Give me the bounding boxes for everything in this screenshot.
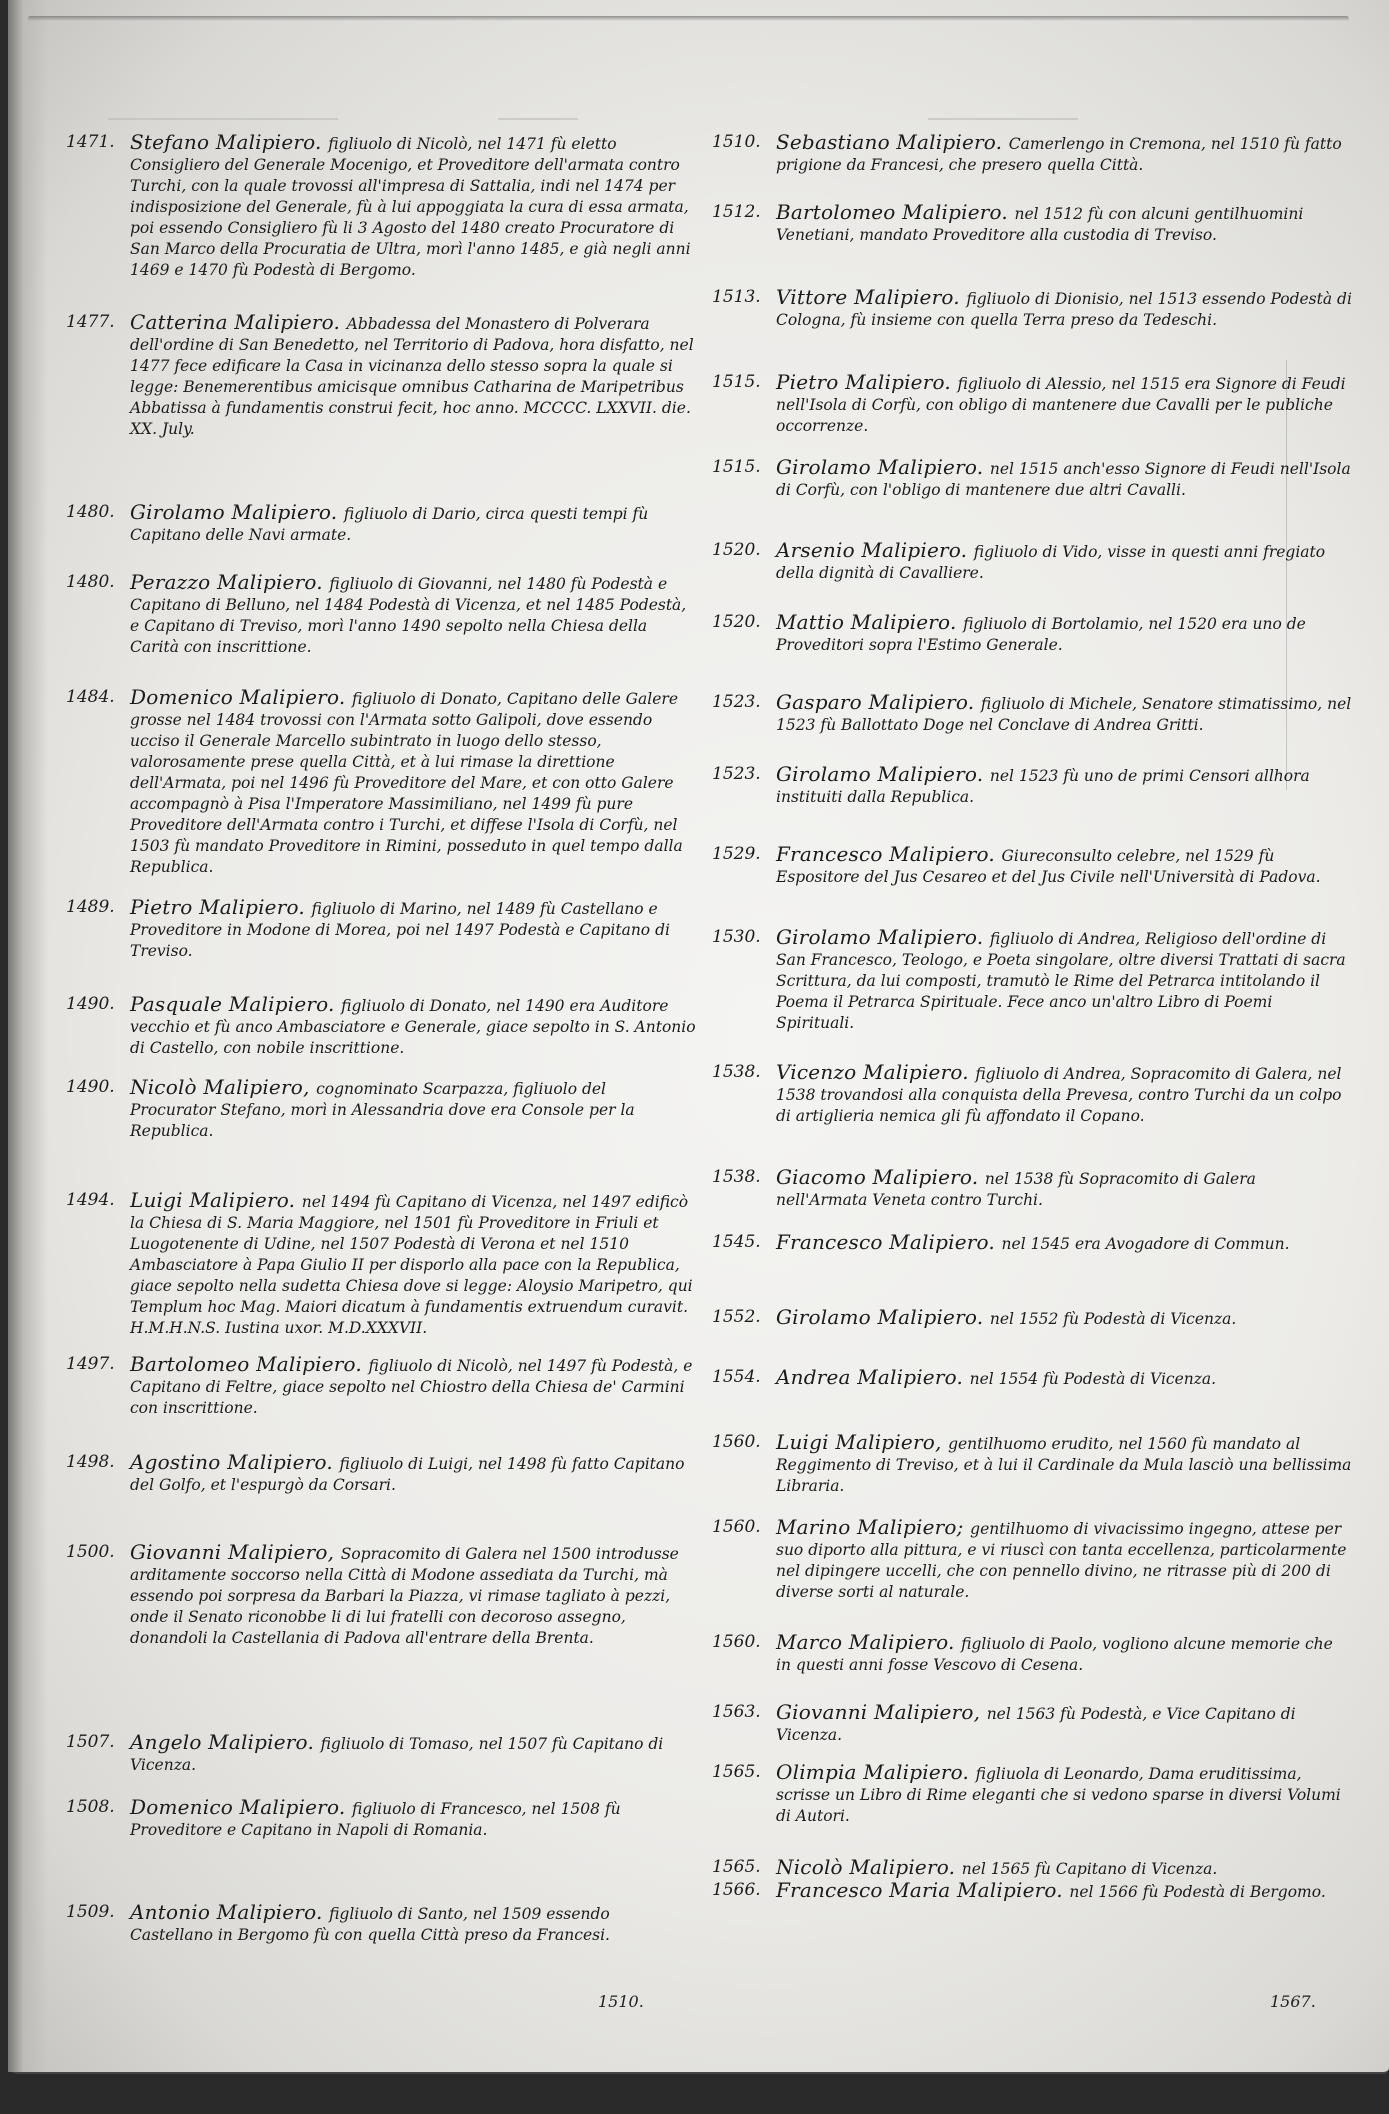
- entry-text: figliuolo di Nicolò, nel 1471 fù eletto …: [130, 135, 691, 279]
- catchword-left: 1510.: [598, 1992, 644, 2011]
- entry-year: 1490.: [66, 1077, 128, 1098]
- entry-body: Girolamo Malipiero. nel 1552 fù Podestà …: [776, 1307, 1352, 1330]
- entry-body: Antonio Malipiero. figliuolo di Santo, n…: [130, 1902, 696, 1946]
- faint-ruling: [928, 118, 1078, 120]
- entry-name: Pietro Malipiero.: [130, 895, 311, 919]
- entry-1498: 1498. Agostino Malipiero. figliuolo di L…: [66, 1452, 696, 1496]
- entry-name: Domenico Malipiero.: [130, 1795, 352, 1819]
- entry-1552: 1552. Girolamo Malipiero. nel 1552 fù Po…: [712, 1307, 1352, 1330]
- faint-ruling: [108, 118, 338, 120]
- entry-1538: 1538. Vicenzo Malipiero. figliuolo di An…: [712, 1062, 1352, 1127]
- entry-name: Bartolomeo Malipiero.: [130, 1352, 369, 1376]
- entry-name: Gasparo Malipiero.: [776, 690, 981, 714]
- entry-1523: 1523. Gasparo Malipiero. figliuolo di Mi…: [712, 692, 1352, 736]
- entry-text: figliuolo di Donato, Capitano delle Gale…: [130, 690, 683, 876]
- entry-year: 1490.: [66, 994, 128, 1015]
- entry-year: 1512.: [712, 202, 774, 223]
- entry-name: Francesco Malipiero.: [776, 842, 1002, 866]
- entry-text: nel 1552 fù Podestà di Vicenza.: [990, 1310, 1237, 1328]
- entry-1508: 1508. Domenico Malipiero. figliuolo di F…: [66, 1797, 696, 1841]
- entry-1480: 1480. Girolamo Malipiero. figliuolo di D…: [66, 502, 696, 546]
- entry-name: Andrea Malipiero.: [776, 1365, 970, 1389]
- entry-body: Luigi Malipiero. nel 1494 fù Capitano di…: [130, 1190, 696, 1339]
- entry-text: nel 1545 era Avogadore di Commun.: [1002, 1235, 1290, 1253]
- entry-1515: 1515. Girolamo Malipiero. nel 1515 anch'…: [712, 457, 1352, 501]
- entry-name: Girolamo Malipiero.: [776, 762, 990, 786]
- entry-name: Girolamo Malipiero.: [776, 455, 990, 479]
- entry-1529: 1529. Francesco Malipiero. Giureconsulto…: [712, 844, 1352, 888]
- entry-name: Sebastiano Malipiero.: [776, 130, 1009, 154]
- entry-name: Marco Malipiero.: [776, 1630, 961, 1654]
- entry-name: Vittore Malipiero.: [776, 285, 966, 309]
- entry-body: Catterina Malipiero. Abbadessa del Monas…: [130, 312, 696, 440]
- entry-1489: 1489. Pietro Malipiero. figliuolo di Mar…: [66, 897, 696, 962]
- entry-year: 1538.: [712, 1167, 774, 1188]
- entry-body: Giacomo Malipiero. nel 1538 fù Sopracomi…: [776, 1167, 1352, 1211]
- entry-body: Luigi Malipiero, gentilhuomo erudito, ne…: [776, 1432, 1352, 1497]
- entry-body: Domenico Malipiero. figliuolo di Donato,…: [130, 687, 696, 878]
- entry-body: Gasparo Malipiero. figliuolo di Michele,…: [776, 692, 1352, 736]
- entry-name: Giovanni Malipiero,: [130, 1540, 341, 1564]
- entry-body: Girolamo Malipiero. nel 1515 anch'esso S…: [776, 457, 1352, 501]
- entry-1554: 1554. Andrea Malipiero. nel 1554 fù Pode…: [712, 1367, 1352, 1390]
- faint-ruling: [498, 118, 578, 120]
- entry-year: 1515.: [712, 372, 774, 393]
- entry-1484: 1484. Domenico Malipiero. figliuolo di D…: [66, 687, 696, 878]
- entry-1490: 1490. Nicolò Malipiero, cognominato Scar…: [66, 1077, 696, 1142]
- entry-text: nel 1566 fù Podestà di Bergomo.: [1069, 1883, 1325, 1901]
- entry-year: 1510.: [712, 132, 774, 153]
- entry-1497: 1497. Bartolomeo Malipiero. figliuolo di…: [66, 1354, 696, 1419]
- entry-1477: 1477. Catterina Malipiero. Abbadessa del…: [66, 312, 696, 440]
- entry-text: nel 1554 fù Podestà di Vicenza.: [970, 1370, 1217, 1388]
- entry-1563: 1563. Giovanni Malipiero, nel 1563 fù Po…: [712, 1702, 1352, 1746]
- entry-year: 1563.: [712, 1702, 774, 1723]
- entry-1545: 1545. Francesco Malipiero. nel 1545 era …: [712, 1232, 1352, 1255]
- entry-name: Angelo Malipiero.: [130, 1730, 321, 1754]
- entry-body: Domenico Malipiero. figliuolo di Frances…: [130, 1797, 696, 1841]
- entry-year: 1498.: [66, 1452, 128, 1473]
- entry-body: Francesco Malipiero. nel 1545 era Avogad…: [776, 1232, 1352, 1255]
- entry-name: Catterina Malipiero.: [130, 310, 347, 334]
- entry-body: Pietro Malipiero. figliuolo di Marino, n…: [130, 897, 696, 962]
- entry-1513: 1513. Vittore Malipiero. figliuolo di Di…: [712, 287, 1352, 331]
- entry-body: Pasquale Malipiero. figliuolo di Donato,…: [130, 994, 696, 1059]
- entry-year: 1560.: [712, 1432, 774, 1453]
- entry-name: Bartolomeo Malipiero.: [776, 200, 1015, 224]
- entry-1509: 1509. Antonio Malipiero. figliuolo di Sa…: [66, 1902, 696, 1946]
- catchword-right: 1567.: [1270, 1992, 1316, 2011]
- entry-1520: 1520. Mattio Malipiero. figliuolo di Bor…: [712, 612, 1352, 656]
- entry-1510: 1510. Sebastiano Malipiero. Camerlengo i…: [712, 132, 1352, 176]
- entry-year: 1484.: [66, 687, 128, 708]
- entry-year: 1554.: [712, 1367, 774, 1388]
- entry-1480: 1480. Perazzo Malipiero. figliuolo di Gi…: [66, 572, 696, 658]
- entry-1566: 1566. Francesco Maria Malipiero. nel 156…: [712, 1880, 1352, 1903]
- entry-body: Arsenio Malipiero. figliuolo di Vido, vi…: [776, 540, 1352, 584]
- entry-1490: 1490. Pasquale Malipiero. figliuolo di D…: [66, 994, 696, 1059]
- entry-year: 1480.: [66, 502, 128, 523]
- entry-body: Marco Malipiero. figliuolo di Paolo, vog…: [776, 1632, 1352, 1676]
- entry-body: Vicenzo Malipiero. figliuolo di Andrea, …: [776, 1062, 1352, 1127]
- entry-year: 1509.: [66, 1902, 128, 1923]
- entry-body: Pietro Malipiero. figliuolo di Alessio, …: [776, 372, 1352, 437]
- manuscript-page: 1471. Stefano Malipiero. figliuolo di Ni…: [8, 0, 1389, 2074]
- entry-body: Vittore Malipiero. figliuolo di Dionisio…: [776, 287, 1352, 331]
- entry-body: Perazzo Malipiero. figliuolo di Giovanni…: [130, 572, 696, 658]
- entry-year: 1494.: [66, 1190, 128, 1211]
- entry-year: 1520.: [712, 612, 774, 633]
- entry-year: 1520.: [712, 540, 774, 561]
- entry-1520: 1520. Arsenio Malipiero. figliuolo di Vi…: [712, 540, 1352, 584]
- entry-1530: 1530. Girolamo Malipiero. figliuolo di A…: [712, 927, 1352, 1034]
- entry-year: 1507.: [66, 1732, 128, 1753]
- entry-body: Angelo Malipiero. figliuolo di Tomaso, n…: [130, 1732, 696, 1776]
- entry-name: Marino Malipiero;: [776, 1515, 970, 1539]
- entry-body: Sebastiano Malipiero. Camerlengo in Crem…: [776, 132, 1352, 176]
- entry-year: 1530.: [712, 927, 774, 948]
- entry-name: Giacomo Malipiero.: [776, 1165, 985, 1189]
- entry-name: Girolamo Malipiero.: [776, 925, 990, 949]
- entry-year: 1565.: [712, 1857, 774, 1878]
- entry-year: 1515.: [712, 457, 774, 478]
- entry-name: Agostino Malipiero.: [130, 1450, 339, 1474]
- entry-name: Olimpia Malipiero.: [776, 1760, 976, 1784]
- entry-1471: 1471. Stefano Malipiero. figliuolo di Ni…: [66, 132, 696, 281]
- entry-1565: 1565. Nicolò Malipiero. nel 1565 fù Capi…: [712, 1857, 1352, 1880]
- entry-year: 1566.: [712, 1880, 774, 1901]
- entry-body: Girolamo Malipiero. figliuolo di Andrea,…: [776, 927, 1352, 1034]
- entry-year: 1523.: [712, 764, 774, 785]
- entry-1560: 1560. Marco Malipiero. figliuolo di Paol…: [712, 1632, 1352, 1676]
- entry-1507: 1507. Angelo Malipiero. figliuolo di Tom…: [66, 1732, 696, 1776]
- entry-name: Pietro Malipiero.: [776, 370, 957, 394]
- entry-year: 1560.: [712, 1632, 774, 1653]
- entry-1523: 1523. Girolamo Malipiero. nel 1523 fù un…: [712, 764, 1352, 808]
- entry-body: Andrea Malipiero. nel 1554 fù Podestà di…: [776, 1367, 1352, 1390]
- entry-body: Bartolomeo Malipiero. figliuolo di Nicol…: [130, 1354, 696, 1419]
- entry-body: Francesco Malipiero. Giureconsulto celeb…: [776, 844, 1352, 888]
- entry-year: 1560.: [712, 1517, 774, 1538]
- entry-year: 1529.: [712, 844, 774, 865]
- entry-name: Giovanni Malipiero,: [776, 1700, 987, 1724]
- entry-body: Nicolò Malipiero, cognominato Scarpazza,…: [130, 1077, 696, 1142]
- entry-body: Olimpia Malipiero. figliuola di Leonardo…: [776, 1762, 1352, 1827]
- entry-year: 1538.: [712, 1062, 774, 1083]
- page-fold-shadow: [28, 16, 1349, 21]
- entry-body: Girolamo Malipiero. figliuolo di Dario, …: [130, 502, 696, 546]
- entry-text: nel 1565 fù Capitano di Vicenza.: [962, 1860, 1218, 1878]
- entry-year: 1480.: [66, 572, 128, 593]
- entry-year: 1489.: [66, 897, 128, 918]
- entry-name: Francesco Maria Malipiero.: [776, 1878, 1069, 1902]
- entry-year: 1523.: [712, 692, 774, 713]
- entry-name: Pasquale Malipiero.: [130, 992, 341, 1016]
- entry-name: Vicenzo Malipiero.: [776, 1060, 975, 1084]
- entry-1494: 1494. Luigi Malipiero. nel 1494 fù Capit…: [66, 1190, 696, 1339]
- entry-body: Mattio Malipiero. figliuolo di Bortolami…: [776, 612, 1352, 656]
- entry-1560: 1560. Marino Malipiero; gentilhuomo di v…: [712, 1517, 1352, 1603]
- entry-name: Antonio Malipiero.: [130, 1900, 329, 1924]
- entry-name: Domenico Malipiero.: [130, 685, 352, 709]
- entry-body: Francesco Maria Malipiero. nel 1566 fù P…: [776, 1880, 1352, 1903]
- entry-year: 1513.: [712, 287, 774, 308]
- entry-name: Nicolò Malipiero,: [130, 1075, 316, 1099]
- entry-1538: 1538. Giacomo Malipiero. nel 1538 fù Sop…: [712, 1167, 1352, 1211]
- entry-body: Marino Malipiero; gentilhuomo di vivacis…: [776, 1517, 1352, 1603]
- entry-1560: 1560. Luigi Malipiero, gentilhuomo erudi…: [712, 1432, 1352, 1497]
- entry-year: 1471.: [66, 132, 128, 153]
- entry-year: 1500.: [66, 1542, 128, 1563]
- entry-name: Arsenio Malipiero.: [776, 538, 974, 562]
- entry-text: nel 1494 fù Capitano di Vicenza, nel 149…: [130, 1193, 693, 1337]
- entry-body: Giovanni Malipiero, nel 1563 fù Podestà,…: [776, 1702, 1352, 1746]
- entry-name: Luigi Malipiero,: [776, 1430, 948, 1454]
- entry-body: Bartolomeo Malipiero. nel 1512 fù con al…: [776, 202, 1352, 246]
- entry-year: 1552.: [712, 1307, 774, 1328]
- entry-1565: 1565. Olimpia Malipiero. figliuola di Le…: [712, 1762, 1352, 1827]
- entry-body: Nicolò Malipiero. nel 1565 fù Capitano d…: [776, 1857, 1352, 1880]
- entry-name: Girolamo Malipiero.: [130, 500, 344, 524]
- entry-name: Nicolò Malipiero.: [776, 1855, 962, 1879]
- entry-body: Stefano Malipiero. figliuolo di Nicolò, …: [130, 132, 696, 281]
- entry-year: 1565.: [712, 1762, 774, 1783]
- entry-body: Agostino Malipiero. figliuolo di Luigi, …: [130, 1452, 696, 1496]
- entry-1515: 1515. Pietro Malipiero. figliuolo di Ale…: [712, 372, 1352, 437]
- entry-1500: 1500. Giovanni Malipiero, Sopracomito di…: [66, 1542, 696, 1649]
- entry-year: 1477.: [66, 312, 128, 333]
- entry-year: 1508.: [66, 1797, 128, 1818]
- entry-body: Giovanni Malipiero, Sopracomito di Galer…: [130, 1542, 696, 1649]
- entry-name: Luigi Malipiero.: [130, 1188, 302, 1212]
- entry-name: Mattio Malipiero.: [776, 610, 963, 634]
- entry-1512: 1512. Bartolomeo Malipiero. nel 1512 fù …: [712, 202, 1352, 246]
- entry-year: 1497.: [66, 1354, 128, 1375]
- entry-name: Girolamo Malipiero.: [776, 1305, 990, 1329]
- entry-body: Girolamo Malipiero. nel 1523 fù uno de p…: [776, 764, 1352, 808]
- entry-name: Stefano Malipiero.: [130, 130, 328, 154]
- entry-name: Perazzo Malipiero.: [130, 570, 329, 594]
- entry-name: Francesco Malipiero.: [776, 1230, 1002, 1254]
- entry-year: 1545.: [712, 1232, 774, 1253]
